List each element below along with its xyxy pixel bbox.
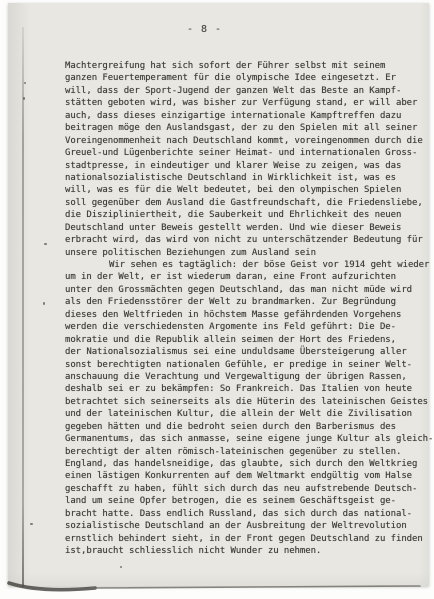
text-line: berechtigt der alten römisch-lateinische… bbox=[65, 446, 434, 458]
text-line: betrachtet sich seinerseits als die Hüte… bbox=[65, 396, 434, 408]
text-line: als den Friedensstörer der Welt zu brand… bbox=[65, 296, 434, 308]
text-line: Wir sehen es tagtäglich: der böse Geist … bbox=[65, 259, 434, 271]
text-line: land um seine Opfer betrogen, die es sei… bbox=[65, 495, 434, 507]
text-line: ernstlich behindert sieht, in der Front … bbox=[65, 533, 434, 545]
text-line: werden die verschiedensten Argomente ins… bbox=[65, 321, 434, 333]
text-line: unter den Grossmächten gegen Deutschland… bbox=[65, 284, 434, 296]
text-line: sonst berechtigten nationalen Gefühle, e… bbox=[65, 359, 434, 371]
text-line: deshalb sei er zu bekämpfen: So Frankrei… bbox=[65, 383, 434, 395]
text-line: England, das handelsneidige, das glaubte… bbox=[65, 458, 434, 470]
text-line: will, dass der Sport-Jugend der ganzen W… bbox=[65, 85, 434, 97]
scan-speck bbox=[44, 243, 47, 245]
text-line: stadtpresse, in eindeutiger und klarer W… bbox=[65, 160, 434, 172]
text-line: Greuel-und Lügenberichte seiner Heimat- … bbox=[65, 147, 434, 159]
text-line: ganzen Feuertemperament für die olympisc… bbox=[65, 72, 434, 84]
text-body: Machtergreifung hat sich sofort der Führ… bbox=[65, 60, 434, 558]
text-line: nationalsozialistische Deutschland in Wi… bbox=[65, 172, 434, 184]
text-line: unsere politischen Beziehungen zum Ausla… bbox=[65, 247, 434, 259]
text-line: und der lateinischen Kultur, die allein … bbox=[65, 408, 434, 420]
text-line: Machtergreifung hat sich sofort der Führ… bbox=[65, 60, 434, 72]
text-line: stätten geboten wird, was bisher zur Ver… bbox=[65, 97, 434, 109]
scan-speck bbox=[43, 302, 45, 305]
scan-speck bbox=[120, 566, 122, 568]
text-line: mokratie und die Republik allein seimen … bbox=[65, 334, 434, 346]
text-line: die Diszipliniertheit, die Sauberkeit un… bbox=[65, 209, 434, 221]
scan-speck bbox=[24, 82, 26, 84]
text-line: ist,braucht schliesslich nicht Wunder zu… bbox=[65, 545, 434, 557]
page-fold-line bbox=[22, 27, 24, 587]
scan-speck bbox=[30, 523, 33, 525]
text-line: Voreingenommenheit nach Deutschland komm… bbox=[65, 135, 434, 147]
text-line: um in der Welt, er ist wiederum daran, e… bbox=[65, 271, 434, 283]
paper-sheet: - 8 - Machtergreifung hat sich sofort de… bbox=[8, 3, 429, 586]
text-line: anschauung die Verachtung und Vergewalti… bbox=[65, 371, 434, 383]
text-line: auch, dass dieses einzigartige internati… bbox=[65, 110, 434, 122]
text-line: erbracht wird, das wird von nicht zu unt… bbox=[65, 234, 434, 246]
scanned-document: - 8 - Machtergreifung hat sich sofort de… bbox=[0, 0, 434, 599]
text-line: bracht hatte. Dass endlich Russland, das… bbox=[65, 508, 434, 520]
text-line: Deutschland unter Beweis gestellt werden… bbox=[65, 222, 434, 234]
page-number: - 8 - bbox=[0, 24, 415, 35]
text-line: dieses den Weltfrieden in höchstem Masse… bbox=[65, 309, 434, 321]
scan-speck bbox=[23, 97, 25, 100]
text-line: soll gegenüber dem Ausland die Gastfreun… bbox=[65, 197, 434, 209]
text-line: gegeben hätten und die bedroht seien dur… bbox=[65, 421, 434, 433]
text-line: will, was es für die Welt bedeutet, bei … bbox=[65, 184, 434, 196]
text-line: beitragen möge den Auslandsgast, der zu … bbox=[65, 122, 434, 134]
text-line: Germanentums, das sich anmasse, seine ei… bbox=[65, 433, 434, 445]
text-line: geschafft zu haben, fühlt sich durch das… bbox=[65, 483, 434, 495]
text-line: der Nationalsozialismus sei eine undulds… bbox=[65, 346, 434, 358]
text-line: einen lästigen Konkurrenten auf dem Welt… bbox=[65, 470, 434, 482]
text-line: sozialistische Deutschland an der Ausbre… bbox=[65, 520, 434, 532]
